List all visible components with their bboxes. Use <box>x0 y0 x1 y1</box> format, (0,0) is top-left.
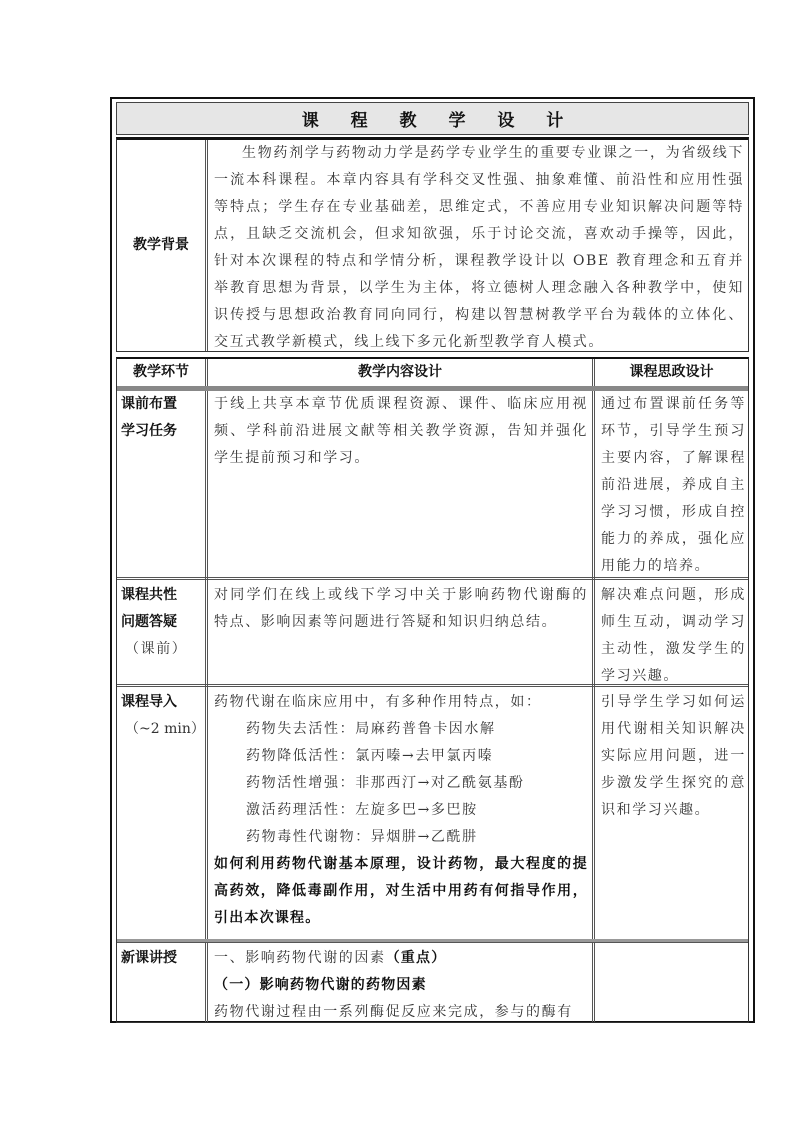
table-row-3-content: 药物代谢在临床应用中，有多种作用特点，如： 药物失去活性：局麻药普鲁卡因水解 药… <box>214 689 588 932</box>
table-row-4-stage: 新课讲授 <box>121 945 203 972</box>
content-heading-text: 一、影响药物代谢的因素 <box>214 950 386 966</box>
example-item: 药物失去活性：局麻药普鲁卡因水解 <box>214 716 588 743</box>
background-text: 生物药剂学与药物动力学是药学专业学生的重要专业课之一，为省级线下一流本科课程。本… <box>212 140 746 356</box>
stage-line: 学习任务 <box>121 418 203 445</box>
example-item: 药物毒性代谢物：异烟肼→乙酰肼 <box>214 824 588 851</box>
example-item: 药物活性增强：非那西汀→对乙酰氨基酚 <box>214 770 588 797</box>
table-row-3-stage: 课程导入 （~2 min） <box>121 689 203 743</box>
content-key-question: 如何利用药物代谢基本原理，设计药物，最大程度的提高药效，降低毒副作用，对生活中用… <box>214 851 588 932</box>
background-table: 教学背景 生物药剂学与药物动力学是药学专业学生的重要专业课之一，为省级线下一流本… <box>116 137 749 352</box>
document-title: 课 程 教 学 设 计 <box>289 106 577 131</box>
header-ideology: 课程思政设计 <box>595 359 748 386</box>
table-row-1-stage: 课前布置 学习任务 <box>121 391 203 445</box>
content-heading: 一、影响药物代谢的因素（重点） <box>214 945 588 972</box>
table-row-1-ideology: 通过布置课前任务等环节，引导学生预习主要内容，了解课程前沿进展，养成自主学习习惯… <box>601 391 746 580</box>
example-item: 药物降低活性：氯丙嗪→去甲氯丙嗪 <box>214 743 588 770</box>
stage-line: 新课讲授 <box>121 945 203 972</box>
table-row-3-ideology: 引导学生学习如何运用代谢相关知识解决实际应用问题，进一步激发学生探究的意识和学习… <box>601 689 746 824</box>
column-divider <box>205 140 208 351</box>
header-content: 教学内容设计 <box>208 359 592 386</box>
stage-note: （课前） <box>121 636 203 663</box>
background-label-text: 教学背景 <box>133 232 189 259</box>
background-label: 教学背景 <box>117 140 205 351</box>
table-row-4-content: 一、影响药物代谢的因素（重点） （一）影响药物代谢的药物因素 药物代谢过程由一系… <box>214 945 588 1026</box>
content-heading-emphasis: （重点） <box>386 950 447 966</box>
table-row-2-stage: 课程共性 问题答疑 （课前） <box>121 582 203 663</box>
header-stage: 教学环节 <box>117 359 205 386</box>
document-title-band: 课 程 教 学 设 计 <box>116 102 749 135</box>
stage-note: （~2 min） <box>121 716 203 743</box>
row-rule <box>117 939 748 942</box>
content-intro: 药物代谢在临床应用中，有多种作用特点，如： <box>214 689 588 716</box>
stage-line: 问题答疑 <box>121 609 203 636</box>
stage-line: 课程导入 <box>121 689 203 716</box>
example-item: 激活药理活性：左旋多巴→多巴胺 <box>214 797 588 824</box>
table-row-2-ideology: 解决难点问题，形成师生互动，调动学习主动性，激发学生的学习兴趣。 <box>601 582 746 690</box>
content-text: 药物代谢过程由一系列酶促反应来完成，参与的酶有 <box>214 999 588 1026</box>
lesson-table: 教学环节 教学内容设计 课程思政设计 课前布置 学习任务 于线上共享本章节优质课… <box>116 357 749 1023</box>
column-divider-1 <box>205 359 208 1022</box>
table-row-1-content: 于线上共享本章节优质课程资源、课件、临床应用视频、学科前沿进展文献等相关教学资源… <box>214 391 588 472</box>
column-divider-2 <box>592 359 595 1022</box>
table-row-2-content: 对同学们在线上或线下学习中关于影响药物代谢酶的特点、影响因素等问题进行答疑和知识… <box>214 582 588 636</box>
content-subheading: （一）影响药物代谢的药物因素 <box>214 972 588 999</box>
row-divider <box>117 684 748 687</box>
stage-line: 课程共性 <box>121 582 203 609</box>
stage-line: 课前布置 <box>121 391 203 418</box>
row-divider <box>117 577 748 580</box>
